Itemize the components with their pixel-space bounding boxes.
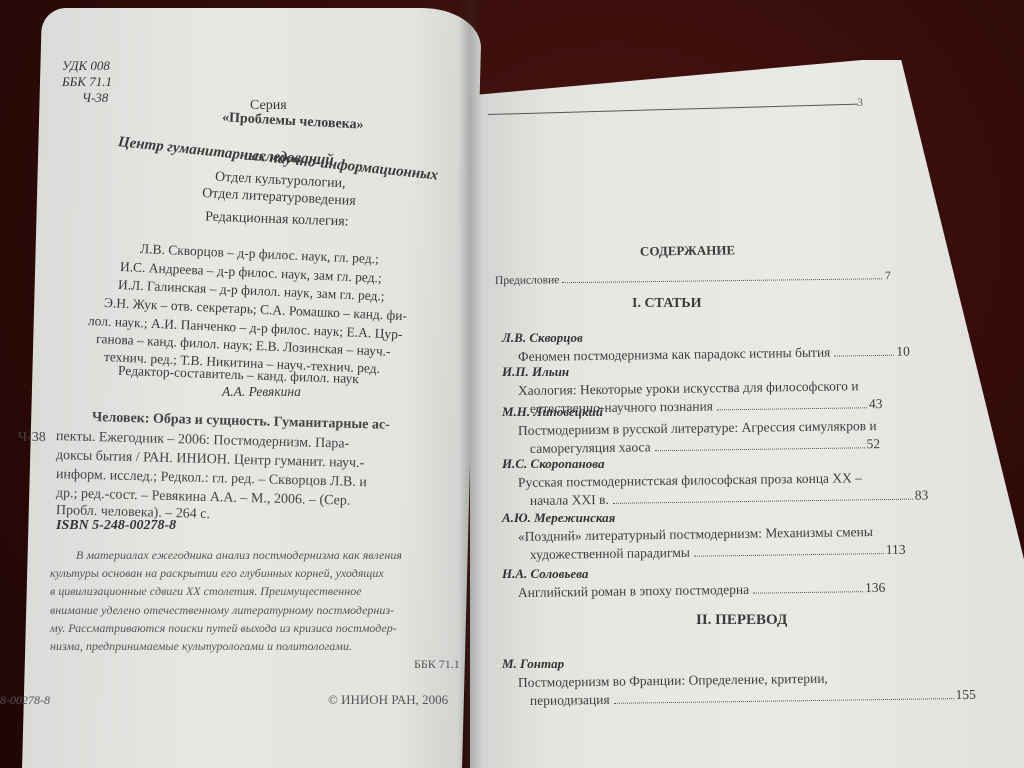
section-translation-heading: II. ПЕРЕВОД — [696, 612, 787, 629]
udk-code: УДК 008 — [62, 58, 110, 74]
author-mark: Ч-38 — [82, 90, 108, 106]
leader-dots — [717, 397, 867, 410]
toc-entry-title: Феномен постмодернизма как парадокс исти… — [518, 345, 831, 364]
toc-author: И.П. Ильин — [502, 364, 569, 380]
toc-author: Л.В. Скворцов — [502, 330, 583, 346]
toc-entry-title: художественной парадигмы — [530, 545, 690, 562]
leader-dots — [655, 437, 865, 451]
leader-dots — [694, 543, 884, 557]
leader-dots — [614, 688, 954, 704]
toc-title: СОДЕРЖАНИЕ — [640, 242, 735, 259]
toc-page-number: 136 — [865, 580, 885, 595]
toc-page-number: 113 — [886, 542, 906, 557]
toc-entry-title: Русская постмодернистская философская пр… — [518, 470, 862, 490]
toc-entry-title: начала XXI в. — [530, 492, 609, 508]
toc-page-number: 155 — [955, 687, 975, 702]
toc-entry-title: Хаология: Некоторые уроки искусства для … — [518, 378, 859, 398]
page-number: 3 — [857, 95, 863, 110]
leader-dots — [834, 345, 894, 357]
toc-page-number: 43 — [869, 396, 883, 411]
leader-dots — [562, 268, 882, 283]
leader-dots — [613, 489, 913, 504]
annotation-line: культуры основан на раскрытии его глубин… — [50, 564, 384, 583]
bibliographic-code: Ч-38 — [18, 428, 46, 447]
isbn: ISBN 5-248-00278-8 — [56, 518, 176, 534]
toc-page-number: 52 — [867, 436, 881, 451]
annotation-line: низма, предпринимаемые культурологами и … — [50, 637, 352, 656]
bbk-bottom: ББК 71.1 — [414, 657, 460, 672]
toc-entry-title: саморегуляция хаоса — [530, 439, 651, 456]
toc-author: А.Ю. Мережинская — [502, 510, 615, 526]
toc-author: М.Н. Липовецкий — [502, 404, 603, 420]
toc-entry-title: Английский роман в эпоху постмодерна — [518, 582, 749, 600]
toc-entry-title: периодизация — [530, 692, 610, 708]
toc-author: Н.А. Соловьева — [502, 566, 588, 582]
isbn-bottom: 8-00278-8 — [0, 693, 50, 708]
bbk-code: ББК 71.1 — [62, 74, 112, 90]
compiler-name: А.А. Ревякина — [222, 383, 301, 401]
toc-preface-title: Предисловие — [495, 274, 559, 287]
toc-entry-title: Постмодернизм во Франции: Определение, к… — [518, 671, 828, 690]
annotation-line: внимание уделено отечественному литерату… — [50, 601, 394, 620]
toc-author: И.С. Скоропанова — [502, 456, 604, 472]
toc-page-number: 83 — [915, 487, 929, 502]
toc-page-number: 10 — [896, 344, 910, 359]
toc-preface-page: 7 — [885, 270, 891, 282]
annotation-line: В материалах ежегодника анализ постмодер… — [76, 546, 402, 565]
copyright: © ИНИОН РАН, 2006 — [328, 692, 448, 708]
annotation-line: в цивилизационные сдвиги XX столетия. Пр… — [50, 582, 362, 601]
leader-dots — [753, 581, 863, 594]
annotation-line: му. Рассматриваются поиски путей выхода … — [50, 619, 397, 638]
section-articles-heading: I. СТАТЬИ — [632, 296, 702, 312]
toc-author: М. Гонтар — [502, 656, 564, 672]
